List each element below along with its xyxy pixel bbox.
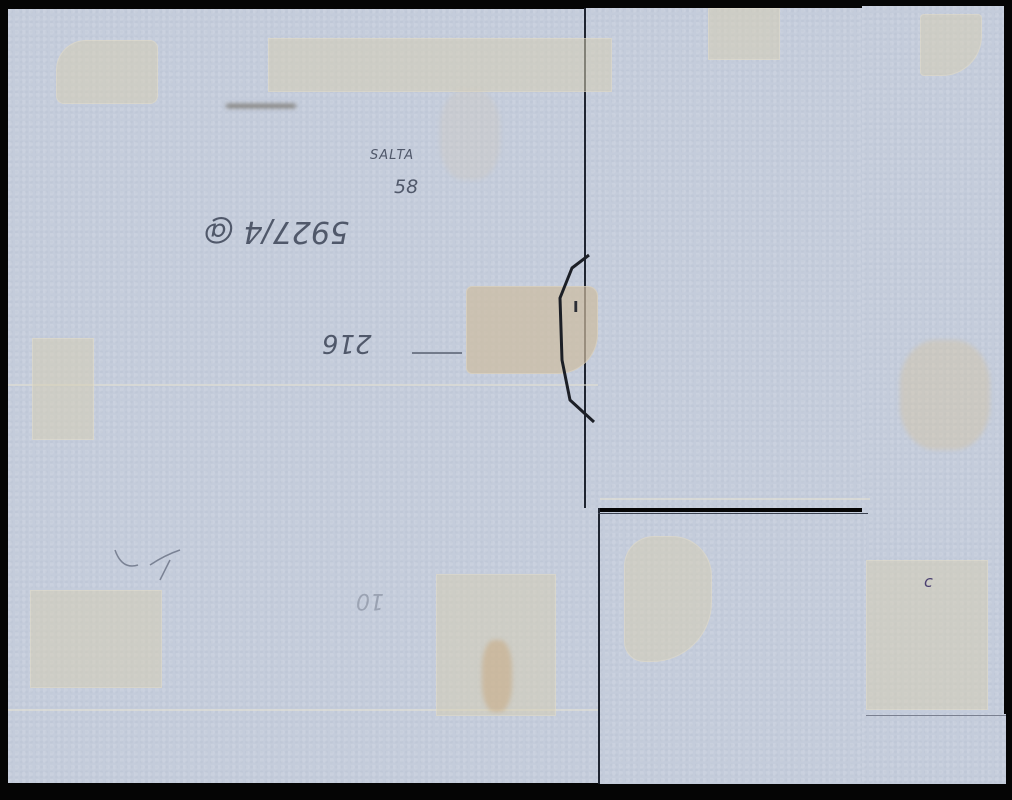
- stain-dirt-mark: [226, 104, 296, 108]
- tape-left-lower: [30, 590, 162, 688]
- panel-edge-vertical-lower: [598, 508, 600, 784]
- tape-top-left: [56, 40, 158, 104]
- tape-top-center: [708, 8, 780, 60]
- pencil-place-number: 58: [394, 176, 418, 198]
- fold-crease-right-panel: [600, 498, 870, 500]
- tape-top-long: [268, 38, 612, 92]
- letter-sheet-upper-right-panel: [584, 8, 866, 508]
- tape-left-middle: [32, 338, 94, 440]
- pencil-note-text: 216: [322, 328, 372, 358]
- pencil-faint-lower: 10: [356, 588, 384, 613]
- photo-backdrop: SALTA 58 5927/4 @ 216 10 c I: [0, 0, 1012, 800]
- pencil-catalog-ref-text: 5927/4 @: [204, 214, 349, 249]
- ink-mark-tape: c: [924, 572, 933, 591]
- letter-sheet-corner-flap: [862, 714, 1006, 784]
- pencil-catalog-ref-inverted: 5927/4 @: [204, 214, 349, 249]
- stain-right-middle: [900, 340, 990, 450]
- panel-edge-horizontal-lower-right: [866, 715, 1006, 716]
- stain-top-ghost: [440, 90, 500, 180]
- stain-bottom-center-tape: [482, 640, 512, 712]
- pencil-dash: [412, 352, 462, 354]
- panel-edge-horizontal-middle: [598, 513, 868, 514]
- fold-crease-middle: [8, 384, 598, 386]
- pencil-squiggle: [110, 545, 190, 585]
- pencil-note-inverted: 216: [322, 328, 372, 358]
- octagon-handstamp-icon: [550, 250, 600, 425]
- octagon-handstamp-letter: I: [573, 298, 579, 316]
- pencil-faint-lower-text: 10: [356, 588, 384, 613]
- pencil-place-name: SALTA: [370, 148, 414, 163]
